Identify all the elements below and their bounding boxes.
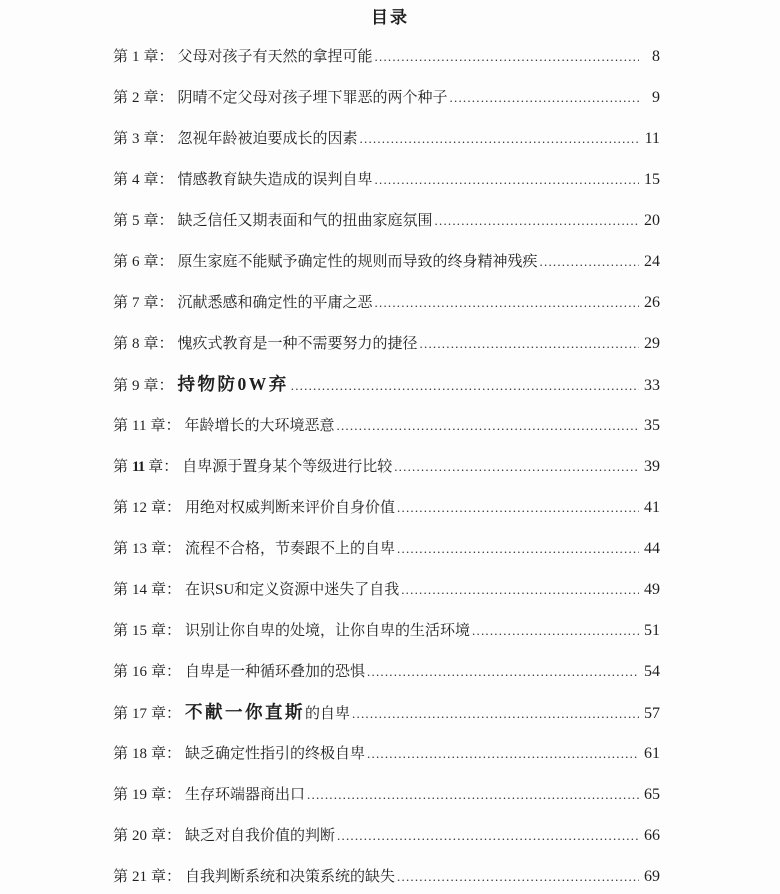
toc-row: 第11章：年龄增长的大环境恶意35 [113,402,660,443]
chapter-suffix: 章： [151,787,181,803]
chapter-title: 识别让你自卑的处境，让你自卑的生活环境 [185,622,470,641]
page-number: 39 [642,457,660,476]
page-title: 目录 [0,6,780,30]
chapter-suffix: 章： [151,541,181,557]
toc-row: 第14章：在识SU和定义资源中迷失了自我49 [113,566,660,607]
chapter-label: 第7章： [113,294,178,313]
chapter-number: 11 [132,459,144,475]
chapter-title: 阴晴不定父母对孩子埋下罪恶的两个种子 [178,89,448,108]
chapter-prefix: 第 [113,336,128,352]
chapter-suffix: 章： [150,418,180,434]
chapter-suffix: 章： [144,90,174,106]
chapter-number: 1 [132,49,140,65]
chapter-label: 第1章： [113,48,178,67]
page-number: 9 [642,88,660,107]
page-number: 65 [642,785,660,804]
chapter-suffix: 章： [144,131,174,147]
chapter-label: 第12章： [113,499,185,518]
toc-page: 目录 第1章：父母对孩子有天然的拿捏可能8第2章：阴晴不定父母对孩子埋下罪恶的两… [0,0,780,894]
chapter-suffix: 章： [144,49,174,65]
chapter-label: 第15章： [113,622,185,641]
chapter-number: 8 [132,336,140,352]
chapter-number: 3 [132,131,140,147]
toc-row: 第4章：情感教育缺失造成的误判自卑15 [113,156,660,197]
chapter-prefix: 第 [113,706,128,722]
dot-leader [540,252,639,272]
chapter-label: 第2章： [113,89,178,108]
chapter-number: 20 [132,828,147,844]
toc-row: 第6章：原生家庭不能赋予确定性的规则而导致的终身精神残疾24 [113,238,660,279]
chapter-title: 自卑源于置身某个等级进行比较 [182,458,392,477]
dot-leader [307,785,639,805]
dot-leader [450,88,639,108]
toc-row: 第12章：用绝对权威判断来评价自身价值41 [113,484,660,525]
toc-row: 第13章：流程不合格，节奏跟不上的自卑44 [113,525,660,566]
toc-row: 第8章：愧疚式教育是一种不需要努力的捷径29 [113,320,660,361]
toc-row: 第7章：沉献悉感和确定性的平庸之恶26 [113,279,660,320]
chapter-prefix: 第 [113,49,128,65]
chapter-number: 14 [132,582,147,598]
chapter-label: 第19章： [113,786,185,805]
chapter-prefix: 第 [113,623,128,639]
dot-leader [397,867,639,887]
chapter-suffix: 章： [148,459,178,475]
chapter-prefix: 第 [113,295,128,311]
chapter-title: 沉献悉感和确定性的平庸之恶 [178,294,373,313]
page-number: 44 [642,539,660,558]
chapter-label: 第9章： [113,377,178,396]
chapter-label: 第8章： [113,335,178,354]
page-number: 61 [642,744,660,763]
page-number: 41 [642,498,660,517]
chapter-number: 12 [132,500,147,516]
chapter-title: 忽视年龄被迫要成长的因素 [178,130,358,149]
page-number: 69 [642,867,660,886]
dot-leader [401,580,639,600]
chapter-title: 年龄增长的大环境恶意 [184,417,334,436]
chapter-label: 第18章： [113,745,185,764]
chapter-number: 4 [132,172,140,188]
dot-leader [360,129,639,149]
dot-leader [394,457,639,477]
chapter-prefix: 第 [113,378,128,394]
chapter-label: 第17章： [113,705,185,724]
chapter-label: 第6章： [113,253,178,272]
dot-leader [291,376,639,396]
dot-leader [352,704,639,724]
dot-leader [397,539,639,559]
toc-row: 第1章：父母对孩子有天然的拿捏可能8 [113,33,660,74]
chapter-title: 在识SU和定义资源中迷失了自我 [185,581,399,600]
chapter-label: 第14章： [113,581,185,600]
chapter-suffix: 章： [144,254,174,270]
chapter-title-tail: 的自卑 [305,705,350,724]
chapter-suffix: 章： [151,869,181,885]
chapter-number: 2 [132,90,140,106]
page-number: 57 [642,704,660,723]
chapter-prefix: 第 [113,90,128,106]
page-number: 24 [642,252,660,271]
chapter-title: 缺乏信任又期表面和气的扭曲家庭氛围 [178,212,433,231]
chapter-title: 自卑是一种循环叠加的恐惧 [185,663,365,682]
dot-leader [420,334,639,354]
page-number: 20 [642,211,660,230]
toc-row: 第18章：缺乏确定性指引的终极自卑61 [113,730,660,771]
toc-row: 第19章：生存环端器商出口65 [113,771,660,812]
chapter-label: 第4章： [113,171,178,190]
chapter-number: 9 [132,378,140,394]
chapter-prefix: 第 [113,254,128,270]
chapter-title: 流程不合格，节奏跟不上的自卑 [185,540,395,559]
chapter-number: 19 [132,787,147,803]
page-number: 35 [642,416,660,435]
chapter-prefix: 第 [113,213,128,229]
dot-leader [375,293,639,313]
dot-leader [367,744,639,764]
toc-row: 第17章：不献一你直斯的自卑57 [113,689,660,730]
chapter-prefix: 第 [113,418,128,434]
chapter-title: 自我判断系统和决策系统的缺失 [185,868,395,887]
chapter-number: 16 [132,664,147,680]
dot-leader [397,498,639,518]
chapter-title: 愧疚式教育是一种不需要努力的捷径 [178,335,418,354]
chapter-label: 第5章： [113,212,178,231]
page-number: 33 [642,376,660,395]
chapter-prefix: 第 [113,582,128,598]
chapter-number: 6 [132,254,140,270]
chapter-prefix: 第 [113,746,128,762]
chapter-number: 17 [132,706,147,722]
toc-row: 第2章：阴晴不定父母对孩子埋下罪恶的两个种子9 [113,74,660,115]
chapter-prefix: 第 [113,459,128,475]
chapter-title: 缺乏对自我价值的判断 [185,827,335,846]
dot-leader [472,621,639,641]
chapter-suffix: 章： [144,378,174,394]
chapter-prefix: 第 [113,541,128,557]
chapter-title: 父母对孩子有天然的拿捏可能 [178,48,373,67]
chapter-label: 第16章： [113,663,185,682]
dot-leader [367,662,639,682]
toc-row: 第9章：持物防0W弃33 [113,361,660,402]
dot-leader [337,826,639,846]
toc-row: 第21章：自我判断系统和决策系统的缺失69 [113,853,660,894]
chapter-label: 第20章： [113,827,185,846]
chapter-title: 不献一你直斯 [185,703,305,722]
chapter-suffix: 章： [151,500,181,516]
page-number: 49 [642,580,660,599]
chapter-title: 生存环端器商出口 [185,786,305,805]
chapter-title: 原生家庭不能赋予确定性的规则而导致的终身精神残疾 [178,253,538,272]
chapter-label: 第3章： [113,130,178,149]
chapter-prefix: 第 [113,828,128,844]
chapter-label: 第11章： [113,417,184,436]
chapter-title: 情感教育缺失造成的误判自卑 [178,171,373,190]
chapter-title: 缺乏确定性指引的终极自卑 [185,745,365,764]
chapter-suffix: 章： [144,336,174,352]
chapter-number: 5 [132,213,140,229]
chapter-suffix: 章： [151,664,181,680]
dot-leader [337,416,640,436]
chapter-suffix: 章： [144,295,174,311]
chapter-number: 15 [132,623,147,639]
toc-row: 第16章：自卑是一种循环叠加的恐惧54 [113,648,660,689]
chapter-prefix: 第 [113,869,128,885]
chapter-suffix: 章： [144,213,174,229]
page-number: 66 [642,826,660,845]
toc-row: 第5章：缺乏信任又期表面和气的扭曲家庭氛围20 [113,197,660,238]
chapter-suffix: 章： [151,746,181,762]
chapter-number: 18 [132,746,147,762]
page-number: 15 [642,170,660,189]
page-number: 8 [642,47,660,66]
chapter-prefix: 第 [113,664,128,680]
page-number: 54 [642,662,660,681]
chapter-prefix: 第 [113,787,128,803]
chapter-label: 第13章： [113,540,185,559]
page-number: 11 [642,129,660,148]
chapter-label: 第21章： [113,868,185,887]
toc-row: 第15章：识别让你自卑的处境，让你自卑的生活环境51 [113,607,660,648]
chapter-suffix: 章： [151,623,181,639]
dot-leader [435,211,639,231]
toc-row: 第11章：自卑源于置身某个等级进行比较39 [113,443,660,484]
chapter-suffix: 章： [151,582,181,598]
chapter-number: 7 [132,295,140,311]
toc-row: 第3章：忽视年龄被迫要成长的因素11 [113,115,660,156]
dot-leader [375,170,639,190]
chapter-suffix: 章： [144,172,174,188]
chapter-number: 11 [132,418,146,434]
chapter-number: 21 [132,869,147,885]
chapter-prefix: 第 [113,131,128,147]
chapter-title: 持物防0W弃 [178,375,289,394]
toc-row: 第20章：缺乏对自我价值的判断66 [113,812,660,853]
page-number: 26 [642,293,660,312]
chapter-suffix: 章： [151,706,181,722]
chapter-prefix: 第 [113,172,128,188]
chapter-suffix: 章： [151,828,181,844]
dot-leader [375,47,639,67]
chapter-title: 用绝对权威判断来评价自身价值 [185,499,395,518]
chapter-number: 13 [132,541,147,557]
chapter-prefix: 第 [113,500,128,516]
page-number: 51 [642,621,660,640]
page-number: 29 [642,334,660,353]
toc-rows: 第1章：父母对孩子有天然的拿捏可能8第2章：阴晴不定父母对孩子埋下罪恶的两个种子… [0,33,780,894]
chapter-label: 第11章： [113,458,182,477]
